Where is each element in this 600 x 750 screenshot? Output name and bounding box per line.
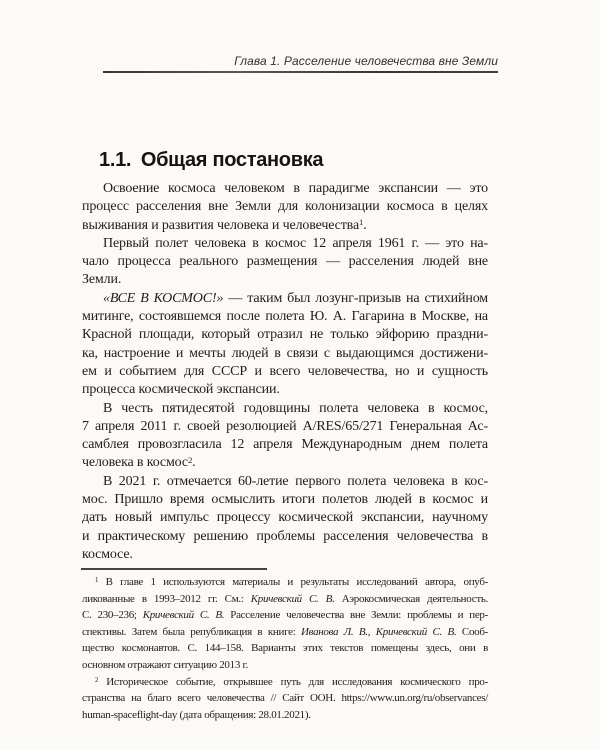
text-segment: щество космонавтов. С. 144–158. Варианты… [82,642,488,654]
text-segment: . [363,218,366,233]
text-line: Земли. [82,271,488,289]
text-line: процесса космической экспансии. [82,381,488,399]
text-line: ликованные в 1993–2012 гг. См.: Кричевск… [82,591,488,608]
section-title: 1.1. Общая постановка [99,149,323,172]
text-segment: Аэрокосмическая деятельность. [335,593,488,605]
text-segment: ка, настроение и мечты людей в связи с в… [82,346,488,361]
footnote: 1 В главе 1 используются материалы и рез… [82,574,488,674]
text-segment: мос. Пришло время осмыслить итоги полето… [82,492,488,507]
text-segment: процесс расселения вне Земли для колониз… [82,199,488,214]
header-rule [103,71,498,73]
text-segment: 7 апреля 2011 г. своей резолюцией A/RES/… [82,419,488,434]
text-segment: Иванова Л. В., Кричевский С. В. [301,626,456,638]
text-line: 2 Историческое событие, открывшее путь д… [82,674,488,691]
text-line: странства на благо всего человечества //… [82,690,488,707]
text-segment: Расселение человечества вне Земли: пробл… [224,609,488,621]
text-line: космосе. [82,546,488,564]
text-line: дать новый импульс процессу космической … [82,509,488,527]
text-line: ка, настроение и мечты людей в связи с в… [82,345,488,363]
text-line: основном отражают ситуацию 2013 г. [82,657,488,674]
text-segment: выживания и развития человека и человече… [82,218,359,233]
text-line: мос. Пришло время осмыслить итоги полето… [82,491,488,509]
text-segment: основном отражают ситуацию 2013 г. [82,659,248,671]
text-segment: ликованные в 1993–2012 гг. См.: [82,593,251,605]
footnote: 2 Историческое событие, открывшее путь д… [82,674,488,724]
running-head: Глава 1. Расселение человечества вне Зем… [103,54,498,68]
text-segment: Земли. [82,272,121,287]
text-segment: «ВСЕ В КОСМОС!» [103,291,223,306]
text-segment: Красной площади, который отразил не толь… [82,327,488,342]
paragraph: «ВСЕ В КОСМОС!» — таким был лозунг-призы… [82,290,488,400]
text-line: процесс расселения вне Земли для колониз… [82,198,488,216]
text-line: выживания и развития человека и человече… [82,217,488,235]
book-page: Глава 1. Расселение человечества вне Зем… [0,0,600,750]
text-line: щество космонавтов. С. 144–158. Варианты… [82,640,488,657]
text-line: «ВСЕ В КОСМОС!» — таким был лозунг-призы… [82,290,488,308]
text-segment: и практическому решению проблемы расселе… [82,529,488,544]
text-segment: процесса космической экспансии. [82,382,280,397]
text-line: С. 230–236; Кричевский С. В. Расселение … [82,607,488,624]
paragraph: Освоение космоса человеком в парадигме э… [82,180,488,235]
footnote-marker: 2 [95,677,98,684]
text-line: 1 В главе 1 используются материалы и рез… [82,574,488,591]
text-line: человека в космос2. [82,454,488,472]
text-line: ем и событием для СССР и всего человечес… [82,363,488,381]
text-line: и практическому решению проблемы расселе… [82,528,488,546]
footnote-marker: 1 [95,577,98,584]
paragraph: Первый полет человека в космос 12 апреля… [82,235,488,290]
paragraph: В честь пятидесятой годовщины полета чел… [82,400,488,473]
body-paragraphs: Освоение космоса человеком в парадигме э… [82,180,488,564]
text-line: чало процесса реального размещения — рас… [82,253,488,271]
text-segment: спективы. Затем была републикация в книг… [82,626,301,638]
text-segment: С. 230–236; [82,609,143,621]
footnotes: 1 В главе 1 используются материалы и рез… [82,574,488,723]
text-segment: — таким был лозунг-призыв на стихийном [223,291,488,306]
text-segment: Кричевский С. В. [251,593,335,605]
text-line: митинге, состоявшемся после полета Ю. А.… [82,308,488,326]
text-segment: космосе. [82,547,133,562]
text-segment: чало процесса реального размещения — рас… [82,254,488,269]
text-segment: Кричевский С. В. [143,609,225,621]
footnote-rule [81,568,267,570]
footnote-marker: 1 [359,217,363,227]
text-segment: человека в космос [82,455,188,470]
text-line: Первый полет человека в космос 12 апреля… [82,235,488,253]
text-line: В честь пятидесятой годовщины полета чел… [82,400,488,418]
text-segment: странства на благо всего человечества //… [82,692,488,704]
text-line: 7 апреля 2011 г. своей резолюцией A/RES/… [82,418,488,436]
text-segment: В главе 1 используются материалы и резул… [98,576,488,588]
text-segment: В 2021 г. отмечается 60-летие первого по… [103,474,488,489]
text-segment: . [192,455,195,470]
text-line: спективы. Затем была републикация в книг… [82,624,488,641]
text-line: human-spaceflight-day (дата обращения: 2… [82,707,488,724]
text-segment: дать новый импульс процессу космической … [82,510,488,525]
text-segment: Первый полет человека в космос 12 апреля… [103,236,488,251]
text-segment: Историческое событие, открывшее путь для… [98,676,488,688]
text-line: Освоение космоса человеком в парадигме э… [82,180,488,198]
text-line: самблея провозгласила 12 апреля Междунар… [82,436,488,454]
text-segment: Освоение космоса человеком в парадигме э… [103,181,488,196]
text-segment: ем и событием для СССР и всего человечес… [82,364,488,379]
paragraph: В 2021 г. отмечается 60-летие первого по… [82,473,488,564]
text-segment: митинге, состоявшемся после полета Ю. А.… [82,309,488,324]
footnote-marker: 2 [188,455,192,465]
text-segment: Сооб- [456,626,488,638]
text-segment: human-spaceflight-day (дата обращения: 2… [82,709,311,721]
text-line: Красной площади, который отразил не толь… [82,326,488,344]
text-line: В 2021 г. отмечается 60-летие первого по… [82,473,488,491]
text-segment: В честь пятидесятой годовщины полета чел… [103,401,488,416]
text-segment: самблея провозгласила 12 апреля Междунар… [82,437,488,452]
